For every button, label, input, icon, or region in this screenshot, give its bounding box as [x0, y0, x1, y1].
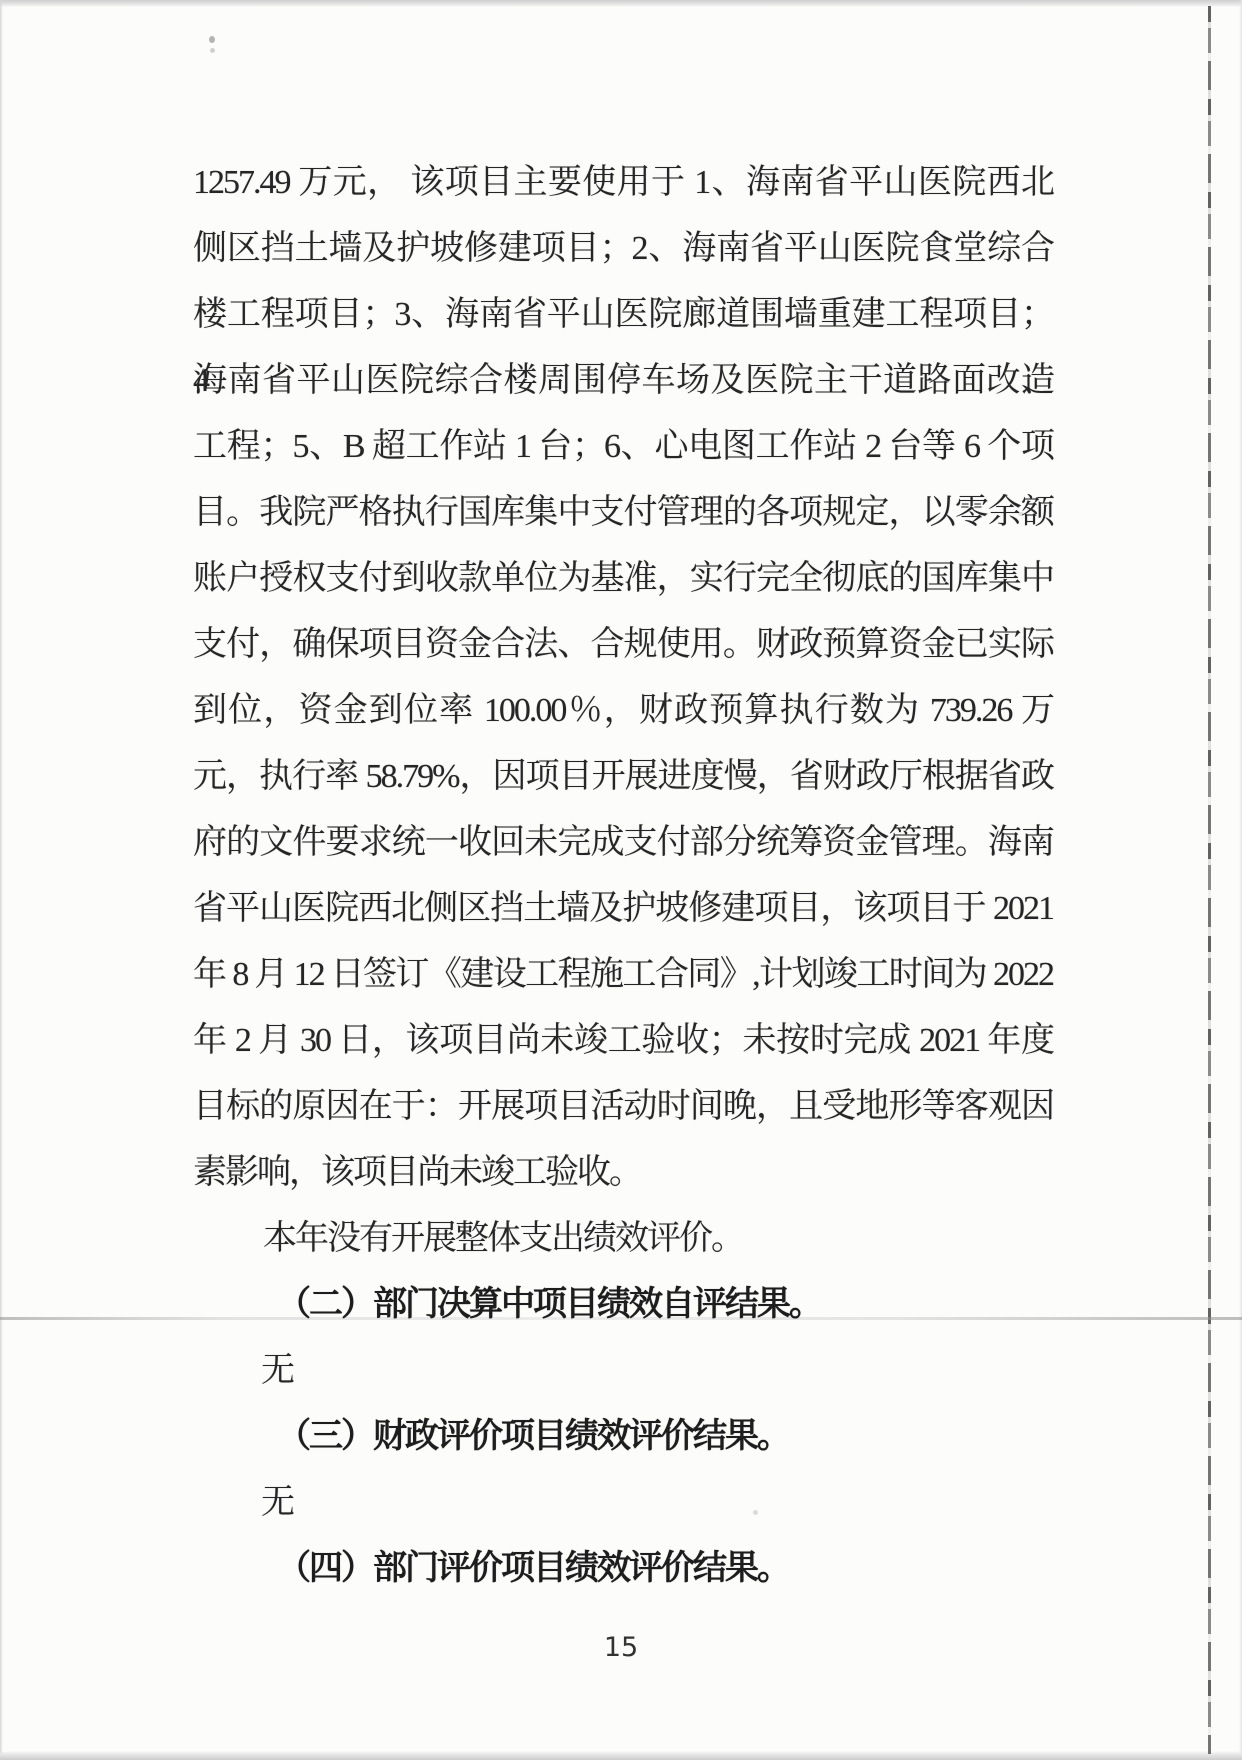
scan-edge-top [0, 0, 1242, 7]
text-line: 年 2 月 30 日，该项目尚未竣工验收；未按时完成 2021 年度 [193, 1008, 1053, 1074]
text-line: 目标的原因在于：开展项目活动时间晚，且受地形等客观因 [193, 1074, 1053, 1140]
text-line: 年 8 月 12 日签订《建设工程施工合同》,计划竣工时间为 2022 [193, 942, 1053, 1008]
text-line: 目。我院严格执行国库集中支付管理的各项规定，以零余额 [193, 480, 1053, 546]
scan-speck [210, 48, 215, 53]
text-line: 1257.49 万元， 该项目主要使用于 1、海南省平山医院西北 [193, 150, 1053, 216]
text-line: 支付，确保项目资金合法、合规使用。财政预算资金已实际 [193, 612, 1053, 678]
text-line: （三）财政评价项目绩效评价结果。 [193, 1404, 1053, 1470]
text-line: 本年没有开展整体支出绩效评价。 [193, 1206, 1053, 1272]
text-line: 楼工程项目；3、海南省平山医院廊道围墙重建工程项目；4、 [193, 282, 1053, 348]
text-line: 省平山医院西北侧区挡土墙及护坡修建项目，该项目于 2021 [193, 876, 1053, 942]
text-line: （四）部门评价项目绩效评价结果。 [193, 1536, 1053, 1602]
text-line: 元，执行率 58.79%，因项目开展进度慢，省财政厅根据省政 [193, 744, 1053, 810]
scan-speck [209, 36, 215, 43]
text-line: 到位，资金到位率 100.00％，财政预算执行数为 739.26 万 [193, 678, 1053, 744]
text-line: 海南省平山医院综合楼周围停车场及医院主干道路面改造 [193, 348, 1053, 414]
text-line: 工程；5、B 超工作站 1 台；6、心电图工作站 2 台等 6 个项 [193, 414, 1053, 480]
scan-artifact-vertical-dotted-line [1208, 6, 1211, 1754]
text-line: 府的文件要求统一收回未完成支付部分统筹资金管理。海南 [193, 810, 1053, 876]
text-line: 侧区挡土墙及护坡修建项目；2、海南省平山医院食堂综合 [193, 216, 1053, 282]
text-line: （二）部门决算中项目绩效自评结果。 [193, 1272, 1053, 1338]
scan-edge-bottom [0, 1751, 1242, 1760]
text-line: 无 [193, 1470, 1053, 1536]
text-line: 账户授权支付到收款单位为基准，实行完全彻底的国库集中 [193, 546, 1053, 612]
page-number: 15 [0, 1632, 1242, 1663]
scanned-document-page: 1257.49 万元， 该项目主要使用于 1、海南省平山医院西北侧区挡土墙及护坡… [0, 0, 1242, 1760]
document-body-text: 1257.49 万元， 该项目主要使用于 1、海南省平山医院西北侧区挡土墙及护坡… [193, 150, 1053, 1602]
text-line: 无 [193, 1338, 1053, 1404]
text-line: 素影响，该项目尚未竣工验收。 [193, 1140, 1053, 1206]
scan-edge-left [0, 0, 3, 1760]
